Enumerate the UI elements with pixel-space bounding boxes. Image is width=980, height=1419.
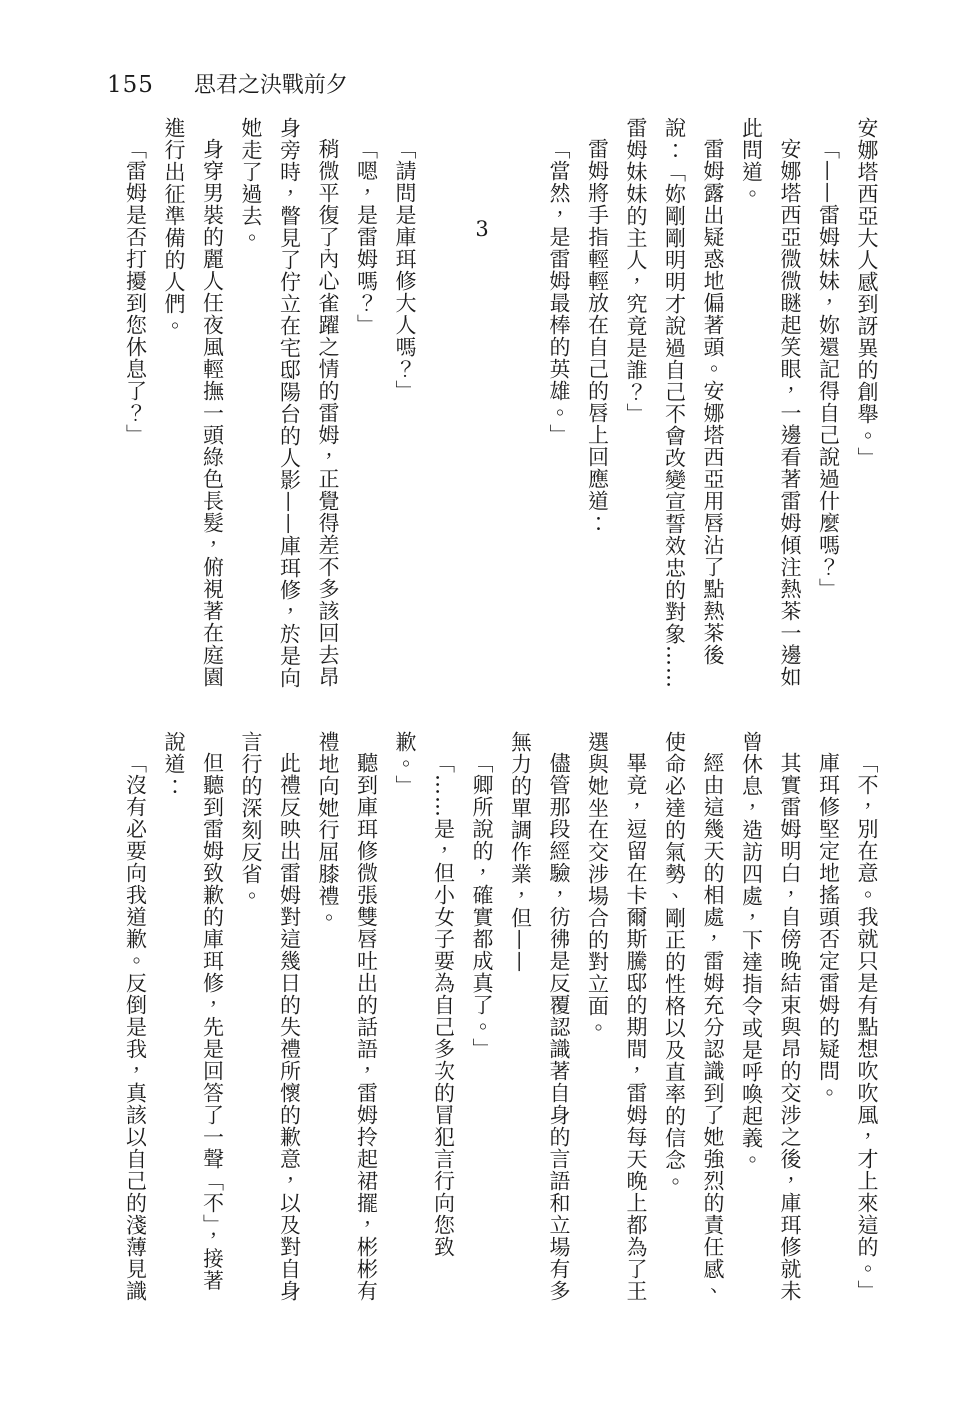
- section-number: 3: [463, 117, 502, 695]
- paragraph: 安娜塔西亞大人感到訝異的創舉。」: [848, 117, 887, 695]
- running-title: 思君之決戰前夕: [194, 73, 348, 99]
- paragraph: 「……是，但小女子要為自己多次的冒犯言行向您致歉。」: [386, 731, 463, 1309]
- paragraph: 聽到庫珥修微張雙唇吐出的話語，雷姆拎起裙擺，彬彬有禮地向她行屈膝禮。: [309, 731, 386, 1309]
- paragraph: 其實雷姆明白，自傍晚結束與昂的交涉之後，庫珥修就未曾休息，造訪四處，下達指令或是…: [732, 731, 809, 1309]
- paragraph: 安娜塔西亞微微瞇起笑眼，一邊看著雷姆傾注熱茶一邊如此問道。: [732, 117, 809, 695]
- paragraph: 「雷姆是否打擾到您休息了？」: [116, 117, 155, 695]
- paragraph: 儘管那段經驗，彷彿是反覆認識著自身的言語和立場有多無力的單調作業，但——: [501, 731, 578, 1309]
- paragraph: 「嗯，是雷姆嗎？」: [347, 117, 386, 695]
- paragraph: 「卿所說的，確實都成真了。」: [463, 731, 502, 1309]
- page-header: 155 思君之決戰前夕: [107, 72, 348, 100]
- paragraph: 「不，別在意。我就只是有點想吹吹風，才上來這的。」: [848, 731, 887, 1309]
- paragraph: 「沒有必要向我道歉。反倒是我，真該以自己的淺薄見識: [116, 731, 155, 1309]
- paragraph: 「當然，是雷姆最棒的英雄。」: [540, 117, 579, 695]
- paragraph: 稍微平復了內心雀躍之情的雷姆，正覺得差不多該回去昂身旁時，瞥見了佇立在宅邸陽台的…: [232, 117, 348, 695]
- paragraph: 畢竟，逗留在卡爾斯騰邸的期間，雷姆每天晚上都為了王選與她坐在交涉場合的對立面。: [578, 731, 655, 1309]
- paragraph: 經由這幾天的相處，雷姆充分認識到了她強烈的責任感、使命必達的氣勢、剛正的性格以及…: [655, 731, 732, 1309]
- top-text-block: 安娜塔西亞大人感到訝異的創舉。」「——雷姆妹妹，妳還記得自己說過什麼嗎？」安娜塔…: [116, 117, 886, 695]
- paragraph: 「——雷姆妹妹，妳還記得自己說過什麼嗎？」: [809, 117, 848, 695]
- paragraph: 但聽到雷姆致歉的庫珥修，先是回答了一聲「不」，接著說道：: [155, 731, 232, 1309]
- paragraph: 庫珥修堅定地搖頭否定雷姆的疑問。: [809, 731, 848, 1309]
- paragraph: 身穿男裝的麗人任夜風輕撫一頭綠色長髮，俯視著在庭園進行出征準備的人們。: [155, 117, 232, 695]
- page-number: 155: [107, 72, 154, 100]
- paragraph: 此禮反映出雷姆對這幾日的失禮所懷的歉意，以及對自身言行的深刻反省。: [232, 731, 309, 1309]
- paragraph: 雷姆將手指輕輕放在自己的唇上回應道：: [578, 117, 617, 695]
- bottom-text-block: 「不，別在意。我就只是有點想吹吹風，才上來這的。」庫珥修堅定地搖頭否定雷姆的疑問…: [116, 731, 886, 1309]
- book-page: { "page": { "number": "155", "running_ti…: [0, 0, 980, 1419]
- paragraph: 「請問是庫珥修大人嗎？」: [386, 117, 425, 695]
- paragraph: 雷姆露出疑惑地偏著頭。安娜塔西亞用唇沾了點熱茶後說：「妳剛剛明明才說過自己不會改…: [617, 117, 733, 695]
